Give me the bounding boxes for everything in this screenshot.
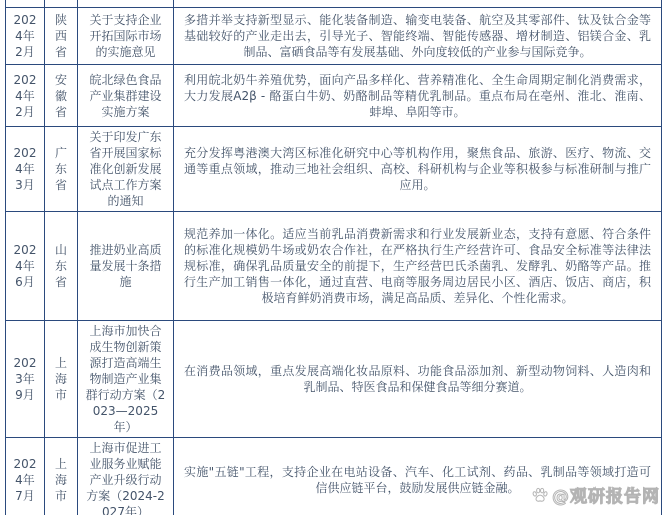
stub-cell [174,0,662,8]
table-row-partial [6,0,662,8]
cell-policy-title: 推进奶业高质量发展十条措施 [78,212,174,321]
table-row: 2024年2月 安徽省 皖北绿色食品产业集群建设实施方案 利用皖北奶牛养殖优势，… [6,65,662,127]
stub-cell [6,0,45,8]
policy-table-page: 2024年2月 陕西省 关于支持企业开拓国际市场的实施意见 多措并举支持新型显示… [0,0,666,515]
cell-province: 上海市 [45,321,78,438]
table-row: 2024年3月 广东省 关于印发广东省开展国家标准化创新发展试点工作方案的通知 … [6,127,662,212]
cell-policy-description: 利用皖北奶牛养殖优势，面向产品多样化、营养精准化、全生命周期定制化消费需求，大力… [174,65,662,127]
stub-cell [45,0,78,8]
stub-cell [78,0,174,8]
table-row: 2024年2月 陕西省 关于支持企业开拓国际市场的实施意见 多措并举支持新型显示… [6,8,662,65]
cell-policy-description: 规范养加一体化。适应当前乳品消费新需求和行业发展新业态，支持有意愿、符合条件的标… [174,212,662,321]
cell-policy-title: 上海市促进工业服务业赋能产业升级行动方案（2024-2027年） [78,438,174,515]
cell-date: 2024年2月 [6,65,45,127]
policy-table: 2024年2月 陕西省 关于支持企业开拓国际市场的实施意见 多措并举支持新型显示… [5,0,662,515]
cell-province: 上海市 [45,438,78,515]
cell-policy-title: 上海市加快合成生物创新策源打造高端生物制造产业集群行动方案（2023—2025年… [78,321,174,438]
cell-province: 陕西省 [45,8,78,65]
table-row: 2024年7月 上海市 上海市促进工业服务业赋能产业升级行动方案（2024-20… [6,438,662,515]
cell-policy-description: 充分发挥粤港澳大湾区标准化研究中心等机构作用，聚焦食品、旅游、医疗、物流、交通等… [174,127,662,212]
cell-province: 山东省 [45,212,78,321]
cell-policy-description: 多措并举支持新型显示、能化装备制造、输变电装备、航空及其零部件、钛及钛合金等基础… [174,8,662,65]
cell-policy-description: 在消费品领域，重点发展高端化妆品原料、功能食品添加剂、新型动物饲料、人造肉和乳制… [174,321,662,438]
cell-date: 2024年6月 [6,212,45,321]
cell-policy-description: 实施"五链"工程，支持企业在电站设备、汽车、化工试剂、药品、乳制品等领域打造可信… [174,438,662,515]
table-row: 2024年6月 山东省 推进奶业高质量发展十条措施 规范养加一体化。适应当前乳品… [6,212,662,321]
cell-province: 广东省 [45,127,78,212]
cell-province: 安徽省 [45,65,78,127]
cell-policy-title: 关于印发广东省开展国家标准化创新发展试点工作方案的通知 [78,127,174,212]
cell-date: 2024年2月 [6,8,45,65]
table-row: 2023年9月 上海市 上海市加快合成生物创新策源打造高端生物制造产业集群行动方… [6,321,662,438]
cell-policy-title: 关于支持企业开拓国际市场的实施意见 [78,8,174,65]
cell-date: 2024年3月 [6,127,45,212]
cell-policy-title: 皖北绿色食品产业集群建设实施方案 [78,65,174,127]
cell-date: 2023年9月 [6,321,45,438]
cell-date: 2024年7月 [6,438,45,515]
